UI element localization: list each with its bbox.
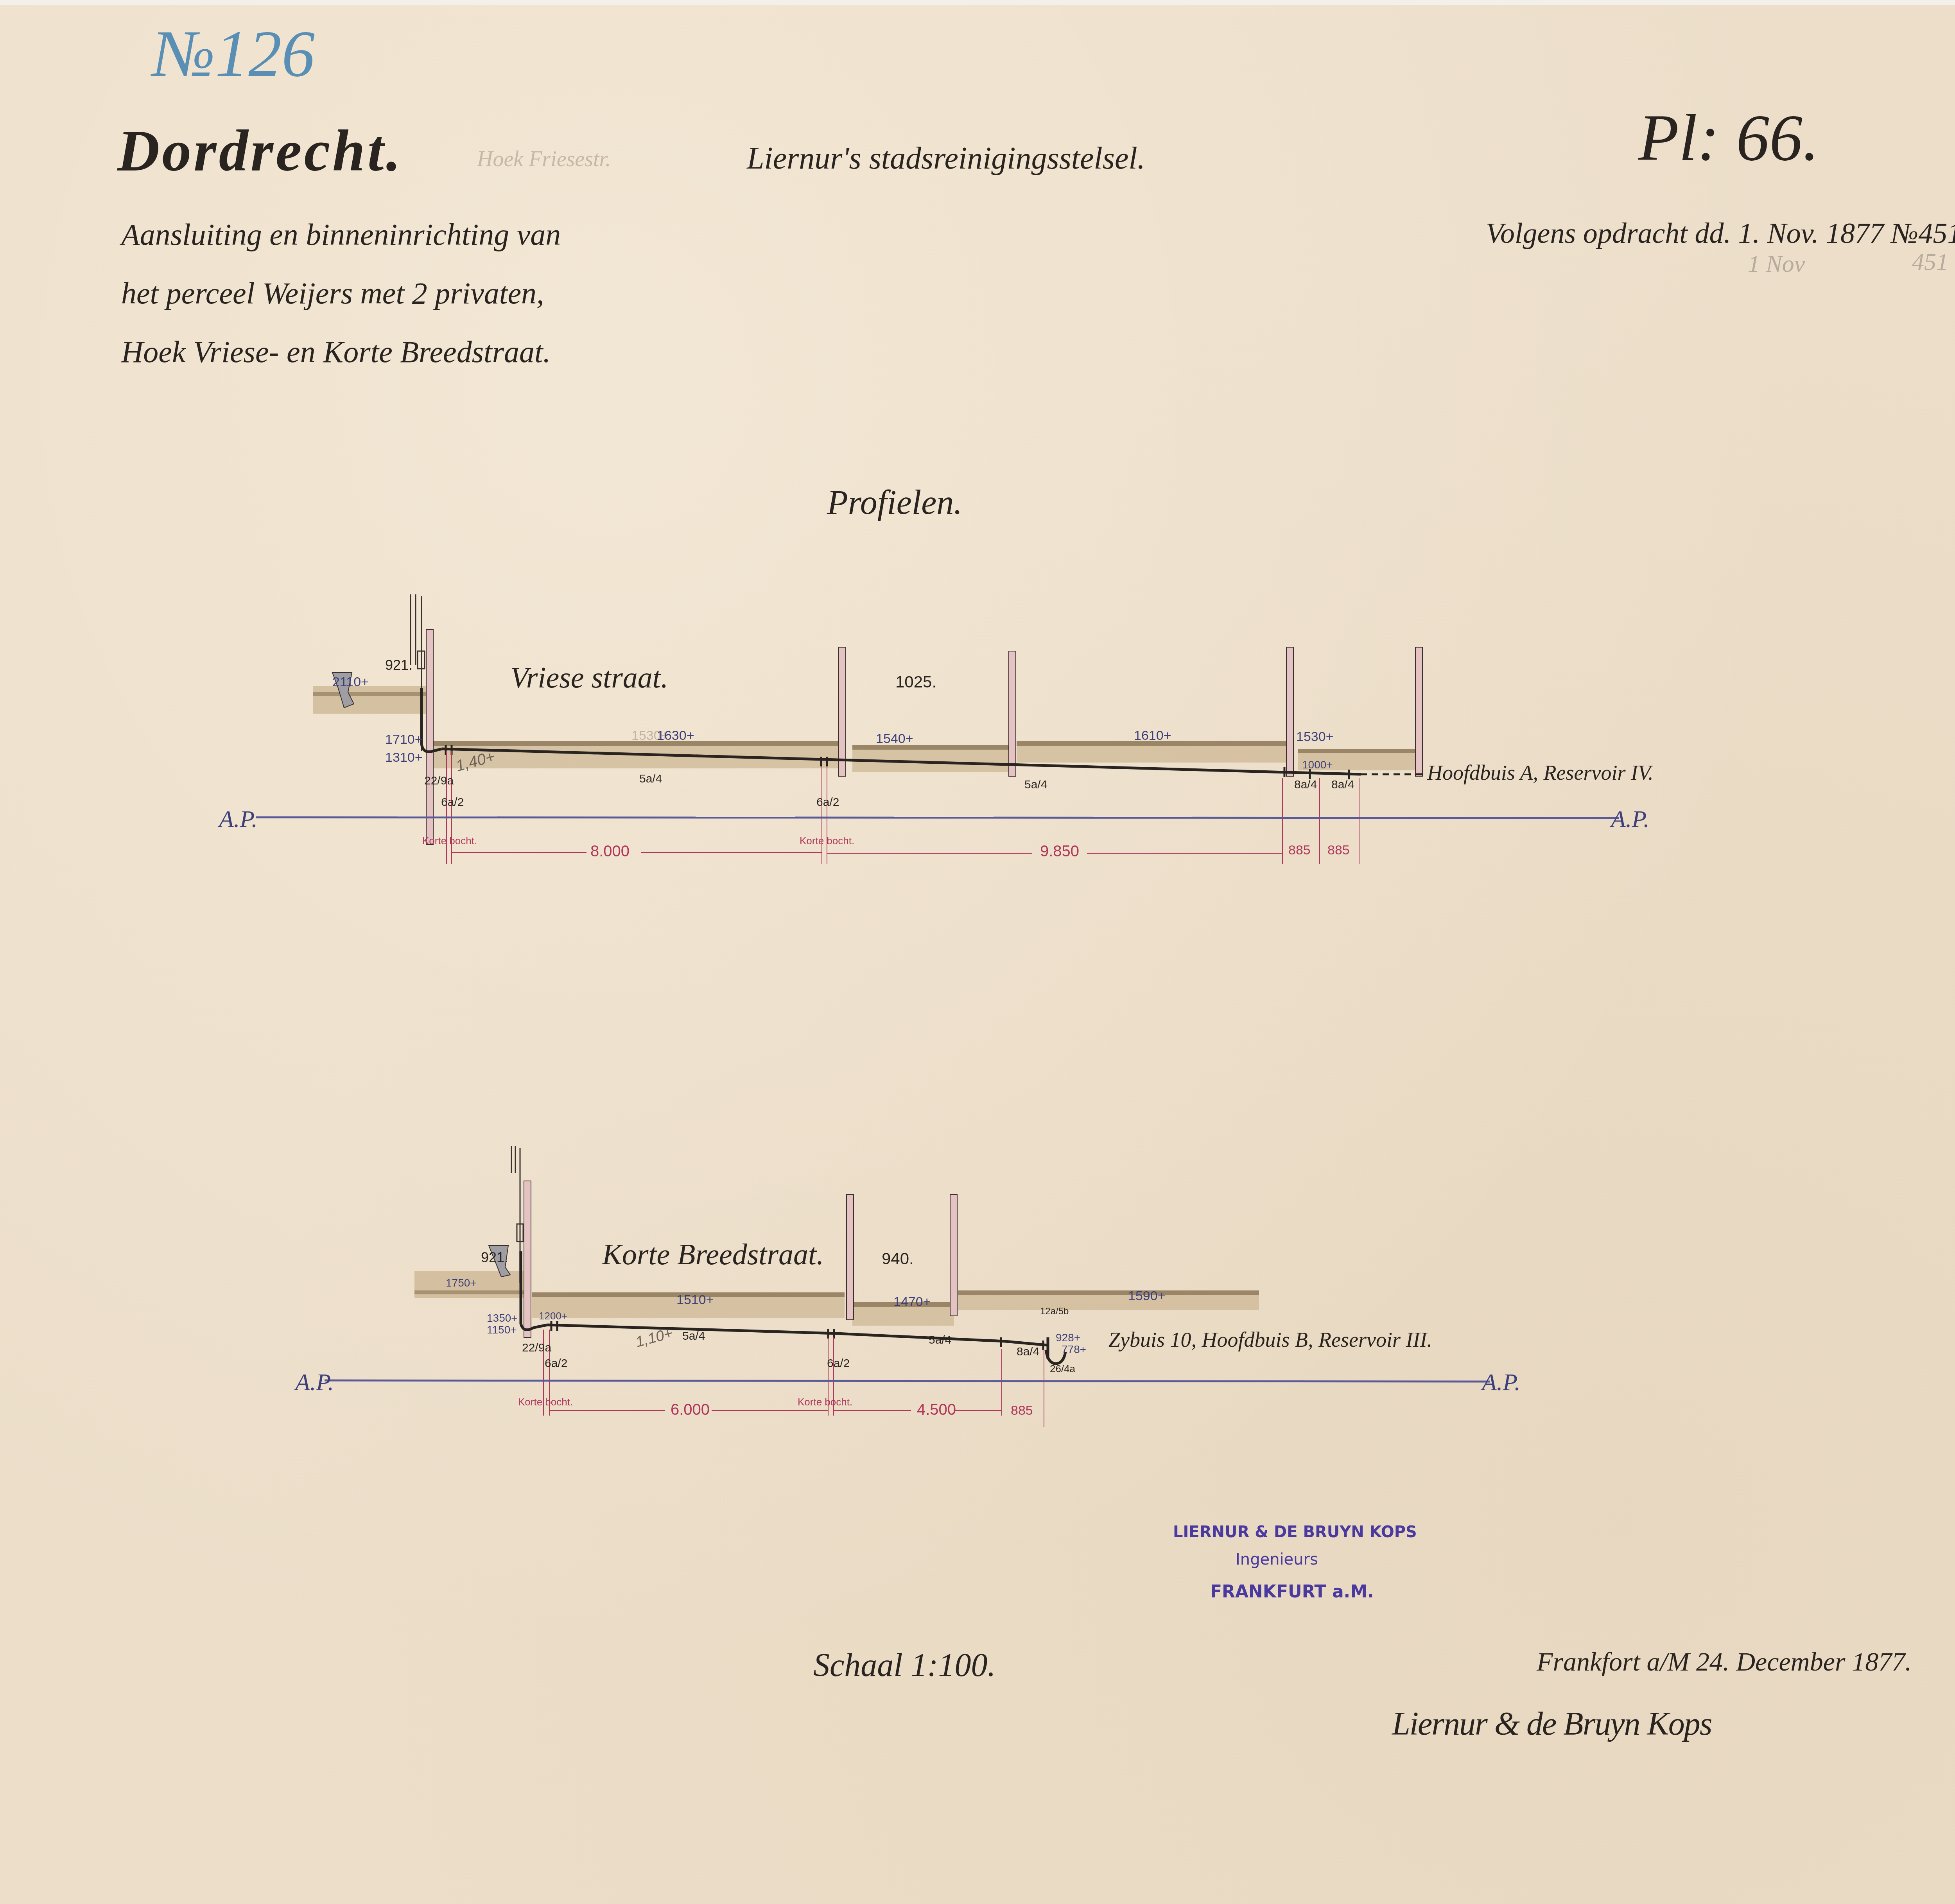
profile-2-level-riser-top: 1350+: [487, 1312, 518, 1324]
profile-1-size-main-1: 5a/4: [639, 772, 662, 786]
signature: Liernur & de Bruyn Kops: [1392, 1705, 1711, 1743]
profile-2-dimension-1: 6.000: [671, 1401, 710, 1419]
firm-stamp-name: LIERNUR & DE BRUYN KOPS: [1173, 1523, 1384, 1541]
profile-2-datum-left: A.P.: [295, 1369, 334, 1396]
profile-1-size-bend-2: 6a/2: [816, 796, 839, 809]
profile-1-datum-right: A.P.: [1611, 806, 1650, 833]
profile-2-size-bend-2: 6a/2: [827, 1357, 850, 1370]
profile-linework: [0, 0, 1955, 1904]
profile-2-datum-right: A.P.: [1482, 1369, 1521, 1396]
profile-1-house-number: 1025.: [895, 673, 936, 691]
profile-1-level-street-3: 1610+: [1134, 728, 1171, 743]
profile-1-bend-label-2: Korte bocht.: [800, 835, 854, 847]
profile-1-level-street-1: 1630+: [657, 728, 694, 743]
profile-1-level-riser-bottom: 1310+: [385, 750, 423, 765]
scale-label: Schaal 1:100.: [813, 1646, 996, 1684]
profile-2-level-street-2: 1470+: [893, 1294, 931, 1310]
firm-stamp-city: FRANKFURT a.M.: [1210, 1582, 1374, 1602]
profile-1-dimension-3: 885: [1288, 843, 1311, 858]
profile-2-street-name: Korte Breedstraat.: [602, 1238, 824, 1272]
profile-2-level-street-1: 1510+: [676, 1292, 714, 1308]
profile-1-level-riser-top: 1710+: [385, 732, 423, 747]
profile-2-dimension-2: 4.500: [917, 1401, 956, 1419]
profile-2-bend-label-2: Korte bocht.: [798, 1396, 852, 1408]
firm-stamp-title: Ingenieurs: [1236, 1550, 1318, 1568]
profile-1-level-street-4: 1530+: [1296, 729, 1334, 745]
profile-1-bend-label-1: Korte bocht.: [422, 835, 477, 847]
profile-2-level-trap-top: 928+: [1056, 1332, 1080, 1344]
profile-1-privy-level: 921.: [385, 657, 413, 673]
profile-2-dimension-3: 885: [1011, 1403, 1033, 1418]
profile-2-size-riser: 22/9a: [522, 1341, 551, 1355]
profile-1-size-end-1: 8a/4: [1294, 778, 1317, 791]
profile-2-level-pipe-start: 1200+: [539, 1310, 567, 1322]
profile-1-connection-label: Hoofdbuis A, Reservoir IV.: [1427, 761, 1653, 785]
place-date: Frankfort a/M 24. December 1877.: [1537, 1646, 1912, 1677]
profile-2-house-number: 940.: [882, 1249, 914, 1268]
profile-2-level-ground: 1750+: [446, 1277, 477, 1289]
profile-2-level-trap-bottom: 778+: [1062, 1343, 1086, 1356]
profile-2-level-riser-bottom: 1150+: [487, 1324, 517, 1336]
profile-1-dimension-4: 885: [1327, 843, 1350, 858]
profile-1-level-ground: 2110+: [332, 675, 369, 690]
profile-2-size-trap-upper: 12a/5b: [1040, 1306, 1069, 1317]
profile-2-privy-level: 921.: [481, 1249, 508, 1266]
profile-1-dimension-1: 8.000: [590, 843, 630, 860]
profile-1-size-main-2: 5a/4: [1024, 778, 1047, 791]
profile-2-size-end: 8a/4: [1017, 1345, 1039, 1358]
profile-1-size-bend-1: 6a/2: [441, 796, 464, 809]
profile-2-bend-label-1: Korte bocht.: [518, 1396, 573, 1408]
profile-2-size-bend-1: 6a/2: [545, 1357, 567, 1370]
profile-1-size-end-2: 8a/4: [1331, 778, 1354, 791]
profile-2-size-trap-lower: 26/4a: [1050, 1363, 1075, 1375]
profile-1-level-main-pipe: 1000+: [1302, 759, 1333, 771]
profile-1-level-street-2: 1540+: [876, 731, 913, 747]
profile-2-connection-label: Zybuis 10, Hoofdbuis B, Reservoir III.: [1108, 1328, 1432, 1352]
profile-2-size-main-2: 5a/4: [929, 1333, 951, 1347]
profile-1-size-riser: 22/9a: [424, 774, 454, 788]
profile-2-level-street-3: 1590+: [1128, 1288, 1166, 1304]
profile-1-dimension-2: 9.850: [1040, 843, 1079, 860]
profile-1-graphics: [256, 594, 1619, 864]
profile-2-graphics: [325, 1146, 1490, 1427]
profile-2-size-main-1: 5a/4: [682, 1330, 705, 1343]
profile-1-datum-left: A.P.: [219, 806, 258, 833]
profile-1-street-name: Vriese straat.: [510, 661, 668, 695]
